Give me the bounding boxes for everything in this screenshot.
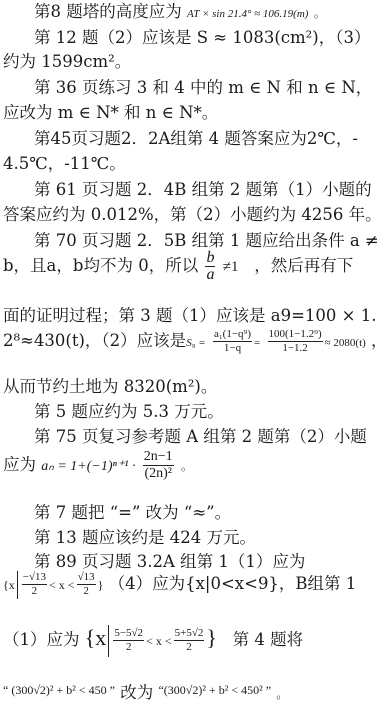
text: ， [371,331,380,350]
denominator: 2 [22,585,47,598]
numerator: −√13 [22,571,47,585]
math-expression: aₙ = 1+(−1)ⁿ⁺¹ · [41,459,135,474]
text: b，且a，b均不为 0，所以 [3,256,198,275]
math-symbol: < x < [49,578,75,592]
fraction-b-over-a: b a [205,250,215,283]
math-symbol: < x < [146,634,172,648]
text-line-13: 2⁸≈430(t)，（2）应该是S₉ = a₁(1−q⁹) 1−q = 100(… [3,323,380,361]
math-symbol: = [254,337,260,349]
text-line-14: 从而节约土地为 8320(m²)。 [3,377,217,397]
text: 。 [314,6,326,20]
math-expression: “ (300√2)² + b² < 450 ” [3,683,115,697]
math-symbol: S₉ = [186,337,206,349]
fraction: 5+5√2 2 [174,627,205,654]
fraction: −√13 2 [22,571,47,598]
text: ，然后再有下 [254,256,353,275]
numerator: 5+5√2 [174,627,205,641]
set-divider [17,571,18,599]
text: （4）应为{x|0<x<9}，B组第 1 [109,574,357,593]
denominator: 2 [113,641,144,654]
text-line-9: 答案应约为 0.012%，第（2）小题约为 4256 年。 [3,205,380,225]
text: 改为 [120,683,153,702]
set-close: } [98,578,104,592]
denominator: 1−1.2 [268,342,323,355]
denominator: a [205,267,215,283]
text-line-23: “ (300√2)² + b² < 450 ” 改为 “(300√2)² + b… [3,677,288,702]
denominator: 2 [174,641,205,654]
text-line-1: 第8 题塔的高度应为 AT × sin 21.4° ≈ 106.19(m) 。 [34,2,326,24]
text: ≠1 [223,259,239,275]
text-line-19: 第 13 题应该约是 424 万元。 [34,528,256,548]
set-close: } [206,625,217,650]
text-line-11: b，且a，b均不为 0，所以 b a ≠1 ，然后再有下 [3,250,353,283]
text-line-8: 第 61 页习题 2．4B 组第 2 题第（1）小题的 [34,180,372,200]
fraction: 2n−1 (2n)² [143,449,174,482]
text-line-18: 第 7 题把 “=” 改为 “≈”。 [34,503,231,523]
text: 应为 [3,455,36,474]
text-line-16: 第 75 页复习参考题 A 组第 2 题第（2）小题 [34,427,367,447]
text: 。 [276,687,288,701]
text: 第 4 题将 [233,630,304,649]
text-line-5: 应改为 m ∈ N* 和 n ∈ N*。 [3,103,218,123]
text-line-6: 第45页习题2．2A组第 4 题答案应为2℃，- [34,129,358,149]
text-line-21: {x −√13 2 < x < √13 2 } （4）应为{x|0<x<9}，B… [3,566,356,603]
set-divider [108,625,109,657]
set-open: {x [85,625,107,650]
text: 2⁸≈430(t)，（2）应该是 [3,331,186,350]
fraction: √13 2 [77,571,96,598]
fraction: 5−5√2 2 [113,627,144,654]
math-symbol: ≈ 2080(t) [325,337,366,349]
denominator: (2n)² [143,466,174,482]
math-expression: “(300√2)² + b² < 450² ” [158,683,271,697]
denominator: 2 [77,585,96,598]
text-line-22: （1）应为 {x 5−5√2 2 < x < 5+5√2 2 } 第 4 题将 [3,618,303,661]
denominator: 1−q [213,342,252,355]
text-line-10: 第 70 页习题 2．5B 组第 1 题应给出条件 a ≠ [34,231,379,251]
text: 。 [181,459,193,473]
numerator: 100(1−1.2⁹) [268,328,323,342]
numerator: a₁(1−q⁹) [213,328,252,342]
numerator: √13 [77,571,96,585]
text-line-2: 第 12 题（2）应该是 S ≈ 1083(cm²)，（3） [34,28,370,48]
text-line-4: 第 36 页练习 3 和 4 中的 m ∈ N 和 n ∈ N， [34,78,372,98]
fraction: 100(1−1.2⁹) 1−1.2 [268,328,323,355]
text-line-15: 第 5 题应约为 5.3 万元。 [34,402,224,422]
text-line-3: 约为 1599cm²。 [3,52,131,72]
text-line-7: 4.5℃，-11℃。 [3,154,126,174]
numerator: 2n−1 [143,449,174,466]
numerator: b [205,250,215,267]
math-expression: AT × sin 21.4° ≈ 106.19(m) [187,8,308,20]
text: 第8 题塔的高度应为 [34,2,182,21]
fraction: a₁(1−q⁹) 1−q [213,328,252,355]
text-line-17: 应为 aₙ = 1+(−1)ⁿ⁺¹ · 2n−1 (2n)² 。 [3,446,193,486]
set-open: {x [3,578,15,592]
text: （1）应为 [3,630,80,649]
numerator: 5−5√2 [113,627,144,641]
